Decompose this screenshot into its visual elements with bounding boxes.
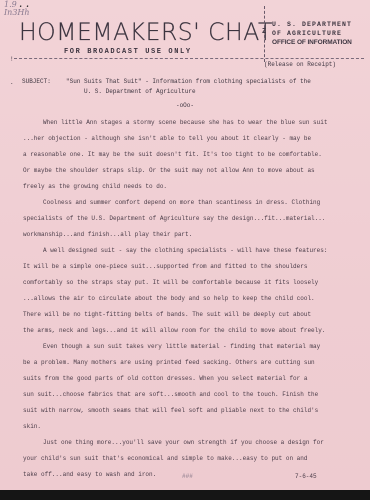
body-line: skin. (23, 419, 363, 435)
body-line: A well designed suit - say the clothing … (23, 243, 363, 259)
end-mark: ### (182, 473, 193, 480)
body-line: There will be no tight-fitting belts of … (23, 307, 363, 323)
department-line-3: OFFICE OF INFORMATION (272, 38, 352, 47)
page-title: HOMEMAKERS' CHAT (19, 18, 273, 46)
body-line: suits from the good parts of old cotton … (23, 371, 363, 387)
section-separator: -oOo- (0, 102, 370, 109)
body-line: Or maybe the shoulder straps slip. Or th… (23, 163, 363, 179)
subject-label: SUBJECT: (22, 77, 66, 87)
body-line: ...allows the air to circulate about the… (23, 291, 363, 307)
subject-line-1: "Sun Suits That Suit" - Information from… (66, 78, 311, 85)
department-line-1: U. S. DEPARTMENT (272, 20, 352, 29)
handwritten-note: 1.9 .. In3Hh (4, 0, 33, 17)
body-line: specialists of the U.S. Department of Ag… (23, 211, 363, 227)
body-line: Coolness and summer comfort depend on mo… (23, 195, 363, 211)
body-line: the arms, neck and legs...and it will al… (23, 323, 363, 339)
body-line: Just one thing more...you'll save your o… (23, 435, 363, 451)
body-line: It will be a simple one-piece suit...sup… (23, 259, 363, 275)
release-notice: (Release on Receipt) (264, 61, 336, 68)
margin-dot: . (10, 79, 14, 86)
document-date: 7-6-45 (295, 473, 317, 480)
body-line: ...her objection - although she isn't ab… (23, 131, 363, 147)
body-line: be a problem. Many mothers are using pri… (23, 355, 363, 371)
scan-edge-strip (0, 490, 370, 500)
department-block: U. S. DEPARTMENT OF AGRICULTURE OFFICE O… (272, 20, 352, 47)
body-line: When little Ann stages a stormy scene be… (23, 115, 363, 131)
body-line: sun suit...choose fabrics that are soft.… (23, 387, 363, 403)
department-line-2: OF AGRICULTURE (272, 29, 352, 38)
broadcast-notice: FOR BROADCAST USE ONLY (64, 48, 192, 56)
body-line: your child's sun suit that's economical … (23, 451, 363, 467)
margin-tick: ! (10, 56, 14, 63)
document-page: 1.9 .. In3Hh HOMEMAKERS' CHAT FOR BROADC… (0, 0, 370, 500)
header-divider (14, 58, 364, 59)
body-text: When little Ann stages a stormy scene be… (23, 115, 363, 483)
handwritten-line-2: In3Hh (4, 9, 33, 17)
body-line: Even though a sun suit takes very little… (23, 339, 363, 355)
body-line: workmanship...and finish...all play thei… (23, 227, 363, 243)
body-line: a reasonable one. It may be the suit doe… (23, 147, 363, 163)
body-line: suit with narrow, smooth seams that will… (23, 403, 363, 419)
body-line: comfortably so the straps stay put. It w… (23, 275, 363, 291)
margin-mark: Z (262, 28, 266, 36)
subject-line-2: U. S. Department of Agriculture (22, 87, 311, 97)
subject-block: SUBJECT:"Sun Suits That Suit" - Informat… (22, 77, 311, 97)
body-line: freely as the growing child needs to do. (23, 179, 363, 195)
